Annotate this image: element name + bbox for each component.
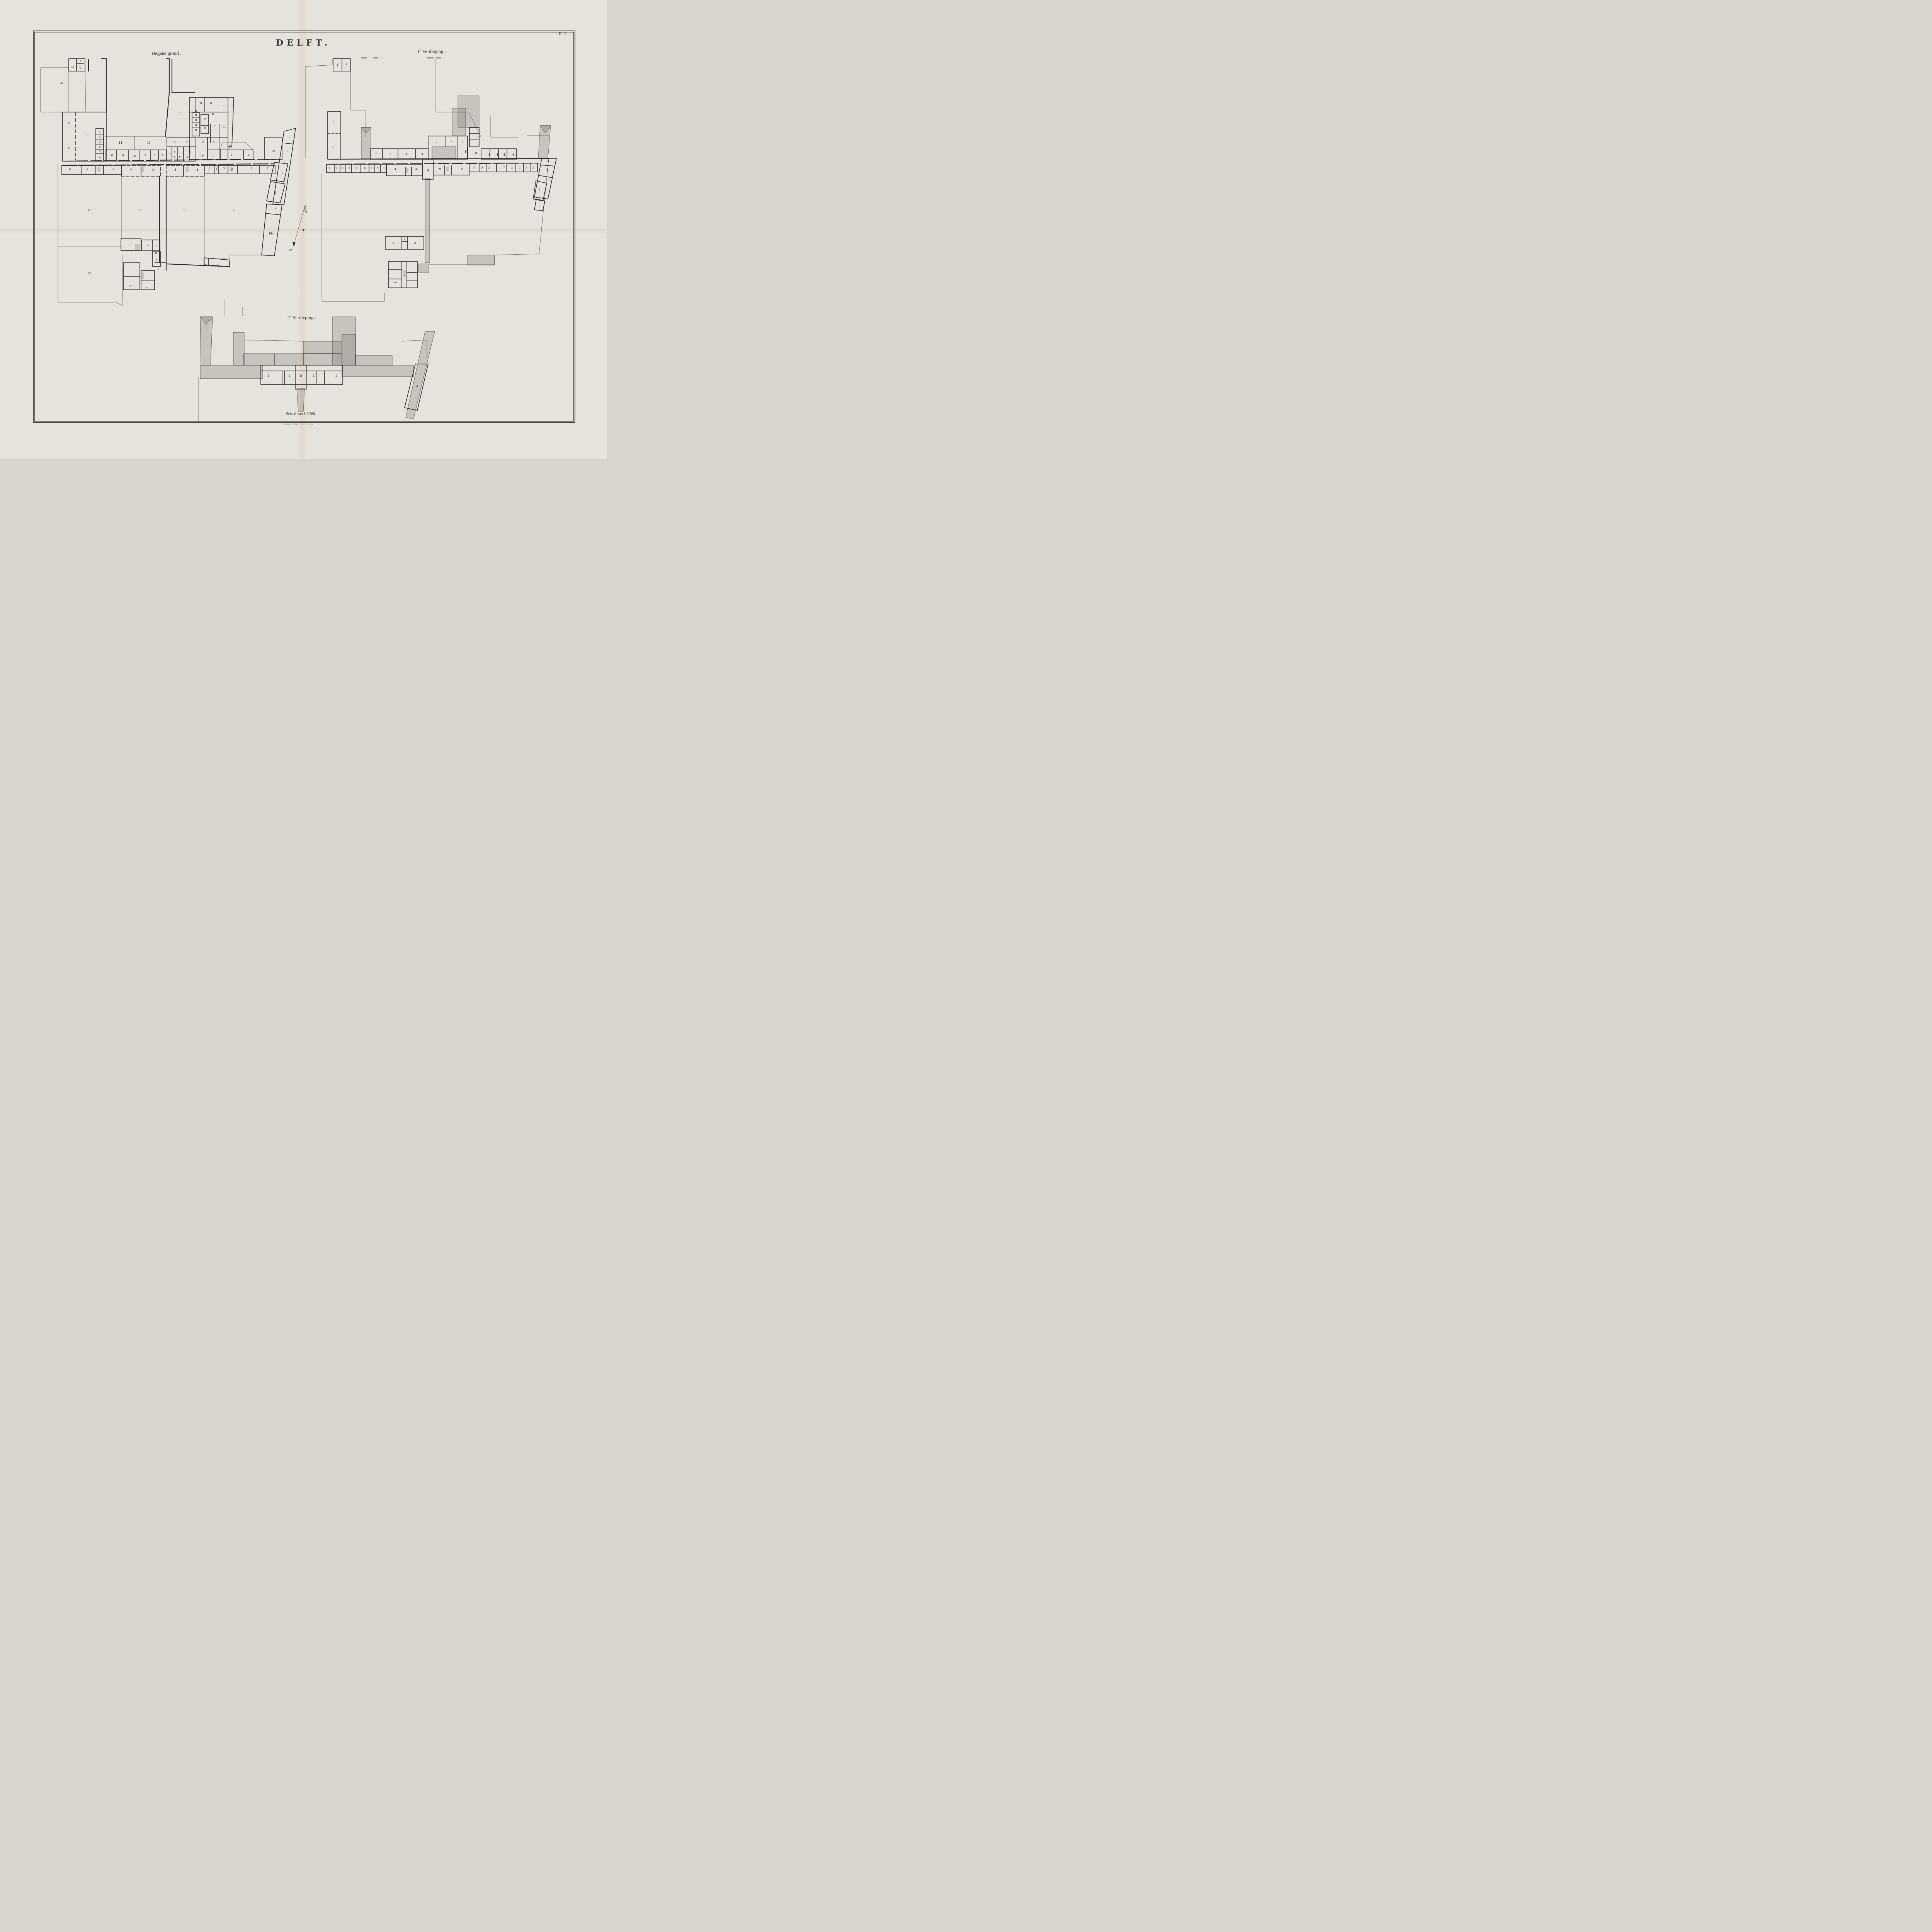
- svg-text:1: 1: [267, 374, 269, 378]
- svg-text:a: a: [158, 267, 160, 271]
- svg-text:2: 2: [519, 166, 520, 169]
- svg-text:aa: aa: [88, 271, 92, 275]
- svg-text:v: v: [275, 206, 277, 210]
- svg-text:8: 8: [475, 151, 477, 155]
- svg-text:4: 4: [394, 167, 396, 171]
- svg-text:8: 8: [99, 140, 100, 143]
- svg-text:8: 8: [204, 126, 206, 130]
- svg-text:6: 6: [364, 166, 366, 170]
- svg-text:8: 8: [99, 135, 100, 138]
- svg-text:3: 3: [69, 167, 71, 170]
- svg-text:10: 10: [200, 154, 204, 157]
- svg-text:4: 4: [152, 168, 154, 172]
- svg-text:1: 1: [342, 167, 344, 170]
- svg-text:10: 10: [228, 145, 232, 148]
- svg-text:o: o: [202, 140, 204, 144]
- svg-text:3: 3: [231, 167, 233, 170]
- svg-text:8: 8: [195, 123, 197, 127]
- svg-text:n: n: [213, 140, 214, 144]
- svg-text:aa: aa: [393, 281, 397, 284]
- svg-text:2: 2: [511, 166, 513, 169]
- svg-text:z: z: [129, 243, 131, 246]
- svg-text:q: q: [189, 150, 191, 153]
- svg-text:aa: aa: [129, 284, 133, 288]
- svg-text:7: 7: [461, 140, 463, 143]
- svg-text:d: d: [147, 243, 149, 247]
- svg-text:3: 3: [375, 153, 377, 156]
- svg-text:4: 4: [421, 153, 423, 156]
- svg-text:4: 4: [488, 153, 490, 156]
- svg-text:b: b: [300, 374, 302, 378]
- svg-text:b: b: [538, 206, 540, 209]
- svg-text:7: 7: [214, 124, 216, 128]
- svg-text:11: 11: [87, 209, 91, 212]
- svg-text:1: 1: [371, 167, 372, 170]
- ground-floor-plan: N 10 w x ij 5 5 11 8 8 8 8 8 9 6 6 10 7 …: [41, 59, 307, 306]
- floor-plans-drawing: N 10 w x ij 5 5 11 8 8 8 8 8 9 6 6 10 7 …: [0, 0, 607, 459]
- svg-text:c: c: [156, 244, 158, 248]
- svg-text:8: 8: [99, 130, 100, 133]
- north-arrow-label: N: [289, 248, 293, 252]
- svg-text:6: 6: [210, 101, 212, 105]
- svg-text:1: 1: [335, 374, 337, 378]
- svg-text:i: i: [287, 150, 288, 153]
- svg-text:3: 3: [481, 166, 483, 169]
- svg-text:f: f: [208, 167, 211, 170]
- svg-text:e: e: [218, 263, 219, 266]
- svg-text:1: 1: [274, 191, 276, 194]
- svg-text:r: r: [179, 155, 181, 158]
- svg-text:11: 11: [183, 209, 187, 212]
- svg-text:a: a: [427, 168, 429, 172]
- svg-text:11: 11: [222, 104, 226, 108]
- svg-text:s: s: [174, 155, 175, 158]
- svg-text:x: x: [80, 59, 82, 62]
- svg-text:1: 1: [335, 167, 337, 170]
- svg-text:2: 2: [495, 166, 497, 169]
- svg-text:5: 5: [332, 120, 334, 123]
- svg-text:m: m: [211, 154, 214, 157]
- svg-text:b: b: [155, 251, 157, 255]
- first-floor-room-labels: f f 5 5 3 3 4 4 7 7 7 10 8 5 5 5 4 4 4 4: [328, 63, 550, 284]
- svg-text:7: 7: [450, 140, 452, 143]
- svg-text:8: 8: [99, 145, 100, 148]
- svg-text:11: 11: [147, 141, 151, 145]
- svg-text:6: 6: [122, 153, 124, 157]
- svg-text:5: 5: [185, 140, 187, 144]
- svg-text:c: c: [393, 241, 395, 245]
- svg-text:4: 4: [415, 167, 417, 171]
- svg-text:11: 11: [178, 112, 182, 115]
- svg-text:5: 5: [332, 146, 334, 149]
- svg-text:1: 1: [355, 167, 357, 170]
- svg-text:2: 2: [250, 167, 252, 170]
- svg-text:7: 7: [144, 153, 146, 157]
- svg-text:6: 6: [439, 167, 441, 170]
- svg-text:6: 6: [111, 153, 113, 157]
- svg-text:p: p: [186, 155, 188, 158]
- svg-text:s: s: [174, 150, 175, 153]
- svg-text:11: 11: [119, 141, 122, 145]
- svg-text:11: 11: [85, 133, 89, 137]
- svg-text:2: 2: [488, 166, 490, 169]
- svg-text:1: 1: [328, 167, 330, 170]
- first-floor-plan: f f 5 5 3 3 4 4 7 7 7 10 8 5 5 5 4 4 4 4: [305, 58, 556, 301]
- svg-text:2: 2: [525, 166, 527, 169]
- svg-text:1: 1: [289, 374, 291, 378]
- svg-text:8: 8: [195, 109, 197, 112]
- svg-text:9: 9: [503, 165, 505, 169]
- svg-text:5: 5: [477, 142, 479, 145]
- svg-text:8: 8: [195, 128, 197, 132]
- svg-text:aa: aa: [145, 286, 148, 289]
- svg-text:6: 6: [461, 167, 463, 170]
- svg-text:1: 1: [539, 188, 541, 191]
- svg-text:4: 4: [496, 153, 498, 156]
- north-arrow-line: [294, 205, 305, 245]
- svg-text:7: 7: [153, 153, 155, 157]
- svg-text:1: 1: [112, 167, 114, 171]
- svg-text:10: 10: [464, 150, 468, 153]
- svg-text:4: 4: [130, 168, 132, 171]
- svg-text:4: 4: [174, 168, 176, 172]
- svg-text:9: 9: [204, 117, 206, 121]
- svg-text:f: f: [345, 63, 348, 66]
- svg-text:e: e: [404, 237, 406, 241]
- svg-text:4: 4: [405, 153, 407, 156]
- svg-text:9: 9: [99, 156, 100, 159]
- svg-text:7: 7: [161, 153, 163, 157]
- svg-text:10: 10: [271, 150, 275, 153]
- svg-text:k: k: [248, 153, 250, 157]
- svg-text:2: 2: [377, 167, 379, 170]
- svg-text:bb: bb: [269, 232, 273, 235]
- svg-text:h: h: [283, 161, 285, 164]
- svg-text:11: 11: [222, 125, 226, 128]
- svg-text:l: l: [231, 153, 233, 156]
- svg-text:6: 6: [212, 112, 214, 116]
- svg-text:11: 11: [232, 209, 236, 212]
- svg-text:2: 2: [86, 167, 88, 170]
- svg-text:10: 10: [132, 154, 136, 158]
- svg-text:u: u: [200, 101, 202, 105]
- svg-text:11: 11: [138, 209, 142, 212]
- svg-text:4: 4: [503, 153, 505, 156]
- svg-text:i: i: [289, 136, 291, 139]
- svg-text:8: 8: [195, 118, 197, 122]
- svg-text:5: 5: [173, 140, 175, 144]
- svg-text:d: d: [414, 241, 416, 245]
- second-floor-plan: 1 1 b 1 1 a: [198, 299, 435, 422]
- svg-text:w: w: [71, 65, 74, 69]
- svg-text:1: 1: [383, 167, 385, 170]
- svg-text:2: 2: [532, 166, 534, 169]
- north-arrow-head: [293, 242, 296, 247]
- svg-text:3: 3: [223, 167, 224, 170]
- svg-text:a: a: [417, 384, 418, 388]
- svg-text:1: 1: [348, 167, 350, 170]
- svg-text:3: 3: [473, 166, 474, 169]
- svg-text:8: 8: [99, 150, 100, 153]
- svg-text:t: t: [169, 152, 171, 155]
- svg-text:8: 8: [195, 113, 197, 117]
- svg-text:5: 5: [477, 136, 479, 139]
- svg-text:1: 1: [313, 374, 315, 378]
- svg-text:4: 4: [546, 168, 548, 172]
- lithograph-sheet: DELFT. Pl 7. Begane grond . 1e Verdiepin…: [0, 0, 607, 459]
- svg-text:g: g: [281, 171, 283, 174]
- svg-text:b: b: [155, 258, 157, 262]
- svg-text:5: 5: [477, 129, 479, 132]
- svg-text:f: f: [337, 63, 339, 66]
- svg-text:5: 5: [68, 121, 70, 124]
- svg-text:7: 7: [435, 140, 437, 143]
- svg-text:f: f: [267, 167, 269, 170]
- svg-text:5: 5: [68, 146, 70, 150]
- svg-text:3: 3: [389, 153, 391, 156]
- svg-text:8: 8: [548, 178, 550, 181]
- svg-text:10: 10: [59, 81, 63, 85]
- svg-text:4: 4: [196, 168, 198, 172]
- svg-text:4: 4: [547, 160, 549, 163]
- svg-text:ij: ij: [79, 65, 82, 69]
- svg-text:f: f: [216, 167, 218, 170]
- svg-text:4: 4: [512, 153, 514, 156]
